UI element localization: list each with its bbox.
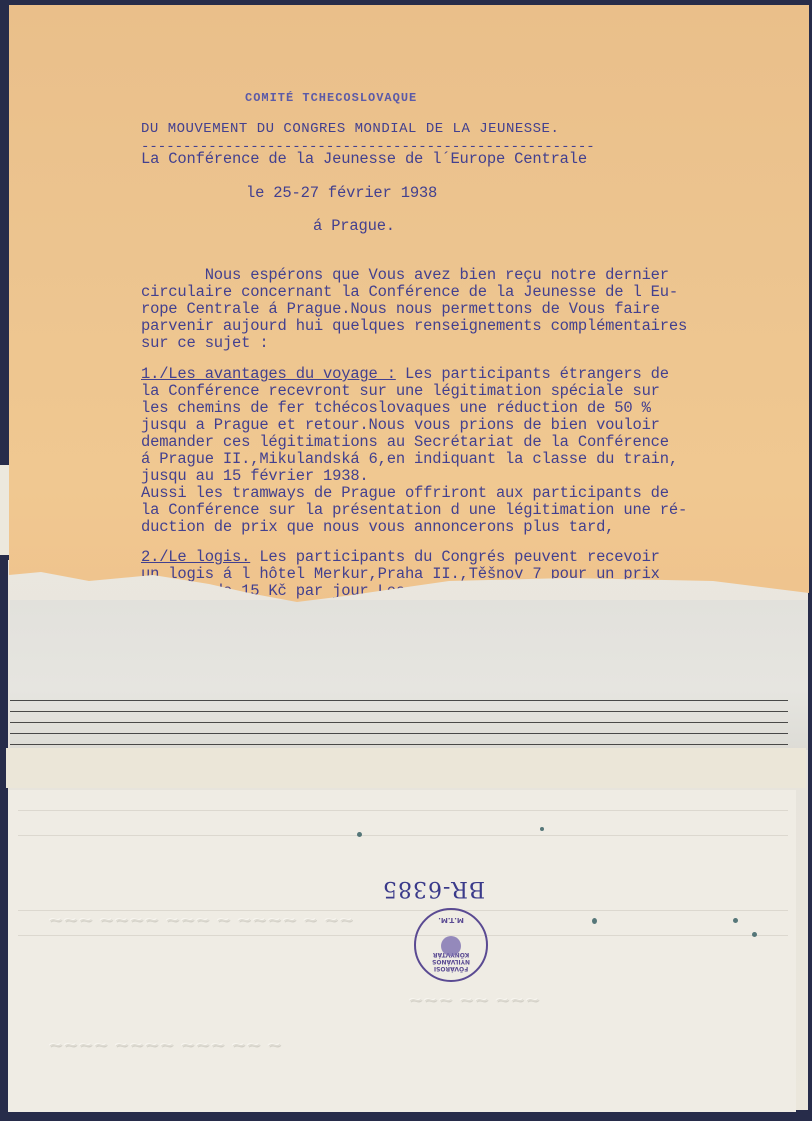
section1-line: Aussi les tramways de Prague offriront a… [141, 485, 669, 502]
intro-line: Nous espérons que Vous avez bien reçu no… [141, 267, 669, 284]
library-stamp: FŐVÁROSI NYILVÁNOS KÖNYVTÁR M.T.M. [414, 908, 488, 982]
intro-line: circulaire concernant la Conférence de l… [141, 284, 678, 301]
ink-spot [357, 832, 362, 837]
section1-line: demander ces légitimations au Secrétaria… [141, 434, 669, 451]
movement-title: DU MOUVEMENT DU CONGRES MONDIAL DE LA JE… [141, 121, 559, 138]
section1-line: jusqu au 15 février 1938. [141, 468, 369, 485]
stamp-emblem-icon [441, 936, 461, 956]
stamp-text-bottom: M.T.M. [416, 916, 486, 924]
letter-sheet: COMITÉ TCHECOSLOVAQUE DU MOUVEMENT DU CO… [9, 5, 809, 605]
intro-line: rope Centrale á Prague.Nous nous permett… [141, 301, 660, 318]
event-title: La Conférence de la Jeunesse de l´Europe… [141, 151, 587, 168]
ruled-lines [10, 700, 788, 755]
fold-band [6, 748, 806, 788]
ink-spot [592, 918, 597, 924]
section1-line: jusqu a Prague et retour.Nous vous prion… [141, 417, 660, 434]
section1-line: la Conférence sur la présentation d une … [141, 502, 687, 519]
event-dates: le 25-27 février 1938 [246, 185, 437, 202]
section1-line: les chemins de fer tchécoslovaques une r… [141, 400, 651, 417]
ink-spot [752, 932, 757, 937]
section1-heading: 1./Les avantages du voyage : [141, 365, 396, 383]
intro-line: parvenir aujourd hui quelques renseignem… [141, 318, 687, 335]
section1-line: á Prague II.,Mikulandská 6,en indiquant … [141, 451, 678, 468]
section2-heading: 2./Le logis. [141, 548, 250, 566]
intro-line: sur ce sujet : [141, 335, 268, 352]
event-place: á Prague. [313, 218, 395, 235]
ink-spot [733, 918, 738, 923]
embossed-handwriting: ~~ ~ ~~~~ ~ ~~~ ~~~~ ~~~ [48, 910, 354, 931]
ink-spot [540, 827, 544, 831]
section1-line: la Conférence recevront sur une légitima… [141, 383, 660, 400]
inventory-number: BR-6385 [382, 876, 485, 901]
embossed-handwriting: ~ ~~ ~~~ ~~~~ ~~~~ [48, 1035, 282, 1056]
folded-flap [10, 600, 808, 750]
section1-first-line: 1./Les avantages du voyage : Les partici… [141, 366, 669, 383]
section2-first-line: 2./Le logis. Les participants du Congrés… [141, 549, 660, 566]
section1-line: duction de prix que nous vous annonceron… [141, 519, 614, 536]
embossed-handwriting: ~~~ ~~ ~~~ [408, 990, 540, 1011]
org-header: COMITÉ TCHECOSLOVAQUE [245, 90, 417, 107]
reverse-side-sheet: ~~ ~ ~~~~ ~ ~~~ ~~~~ ~~~ ~ ~~ ~~~ ~~~~ ~… [8, 790, 796, 1112]
